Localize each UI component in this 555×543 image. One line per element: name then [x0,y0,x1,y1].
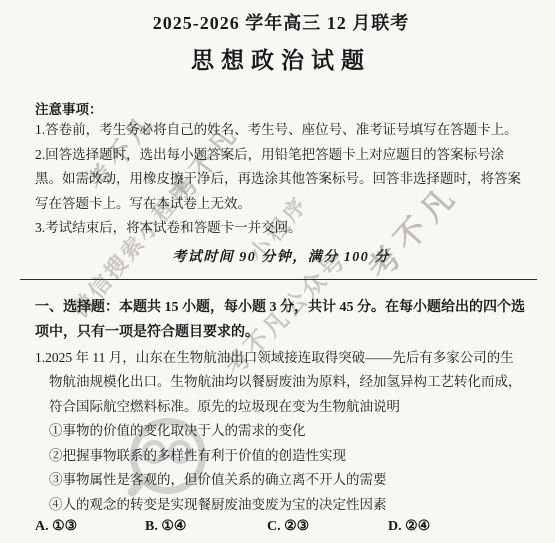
option-a-value: ①③ [52,519,77,534]
notice-item-3: 3.考试结束后，将本试卷和答题卡一并交回。 [35,216,527,241]
paper-content: 2025-2026 学年高三 12 月联考 思想政治试题 注意事项： 1.答卷前… [0,9,555,266]
option-b: B. ①④ [145,518,186,535]
section-heading: 一、选择题：本题共 15 小题，每小题 3 分，共计 45 分。在每小题给出的四… [35,295,527,345]
option-b-value: ①④ [161,519,186,534]
question-1-stem: 1.2025 年 11 月，山东在生物航油出口领域接连取得突破——先后有多家公司… [35,346,527,420]
question-1-options: A. ①③ B. ①④ C. ②③ D. ②④ [35,518,527,543]
notice-item-2: 2.回答选择题时，选出每小题答案后，用铅笔把答题卡上对应题目的答案标号涂黑。如需… [35,143,527,217]
question-1-statement-4: ④人的观念的转变是实现餐厨废油变废为宝的决定性因素 [35,493,527,518]
question-1-statement-2: ②把握事物联系的多样性有利于价值的创造性实现 [35,444,527,469]
option-d-value: ②④ [405,519,430,534]
exam-paper-page: 考不凡 考不凡 微信搜索小程序 小程序 考不凡 考不凡公众号 2025-2026… [0,0,555,543]
option-c: C. ②③ [267,518,309,535]
option-a-label: A. [35,519,49,534]
option-a: A. ①③ [35,518,77,535]
exam-session-title: 2025-2026 学年高三 12 月联考 [35,9,527,35]
option-b-label: B. [145,519,158,534]
section-divider [20,279,537,280]
notice-item-1: 1.答卷前，考生务必将自己的姓名、考生号、座位号、准考证号填写在答题卡上。 [35,118,527,143]
questions-section: 一、选择题：本题共 15 小题，每小题 3 分，共计 45 分。在每小题给出的四… [0,295,555,543]
option-d: D. ②④ [388,518,430,535]
option-d-label: D. [388,519,402,534]
question-1-statement-3: ③事物属性是客观的，但价值关系的确立离不开人的需要 [35,468,527,493]
option-c-label: C. [267,519,281,534]
notice-heading: 注意事项： [35,98,527,118]
option-c-value: ②③ [284,519,309,534]
exam-duration-score: 考试时间 90 分钟，满分 100 分 [35,246,527,266]
question-1-statement-1: ①事物的价值的变化取决于人的需求的变化 [35,419,527,444]
paper-subject-title: 思想政治试题 [35,42,527,75]
